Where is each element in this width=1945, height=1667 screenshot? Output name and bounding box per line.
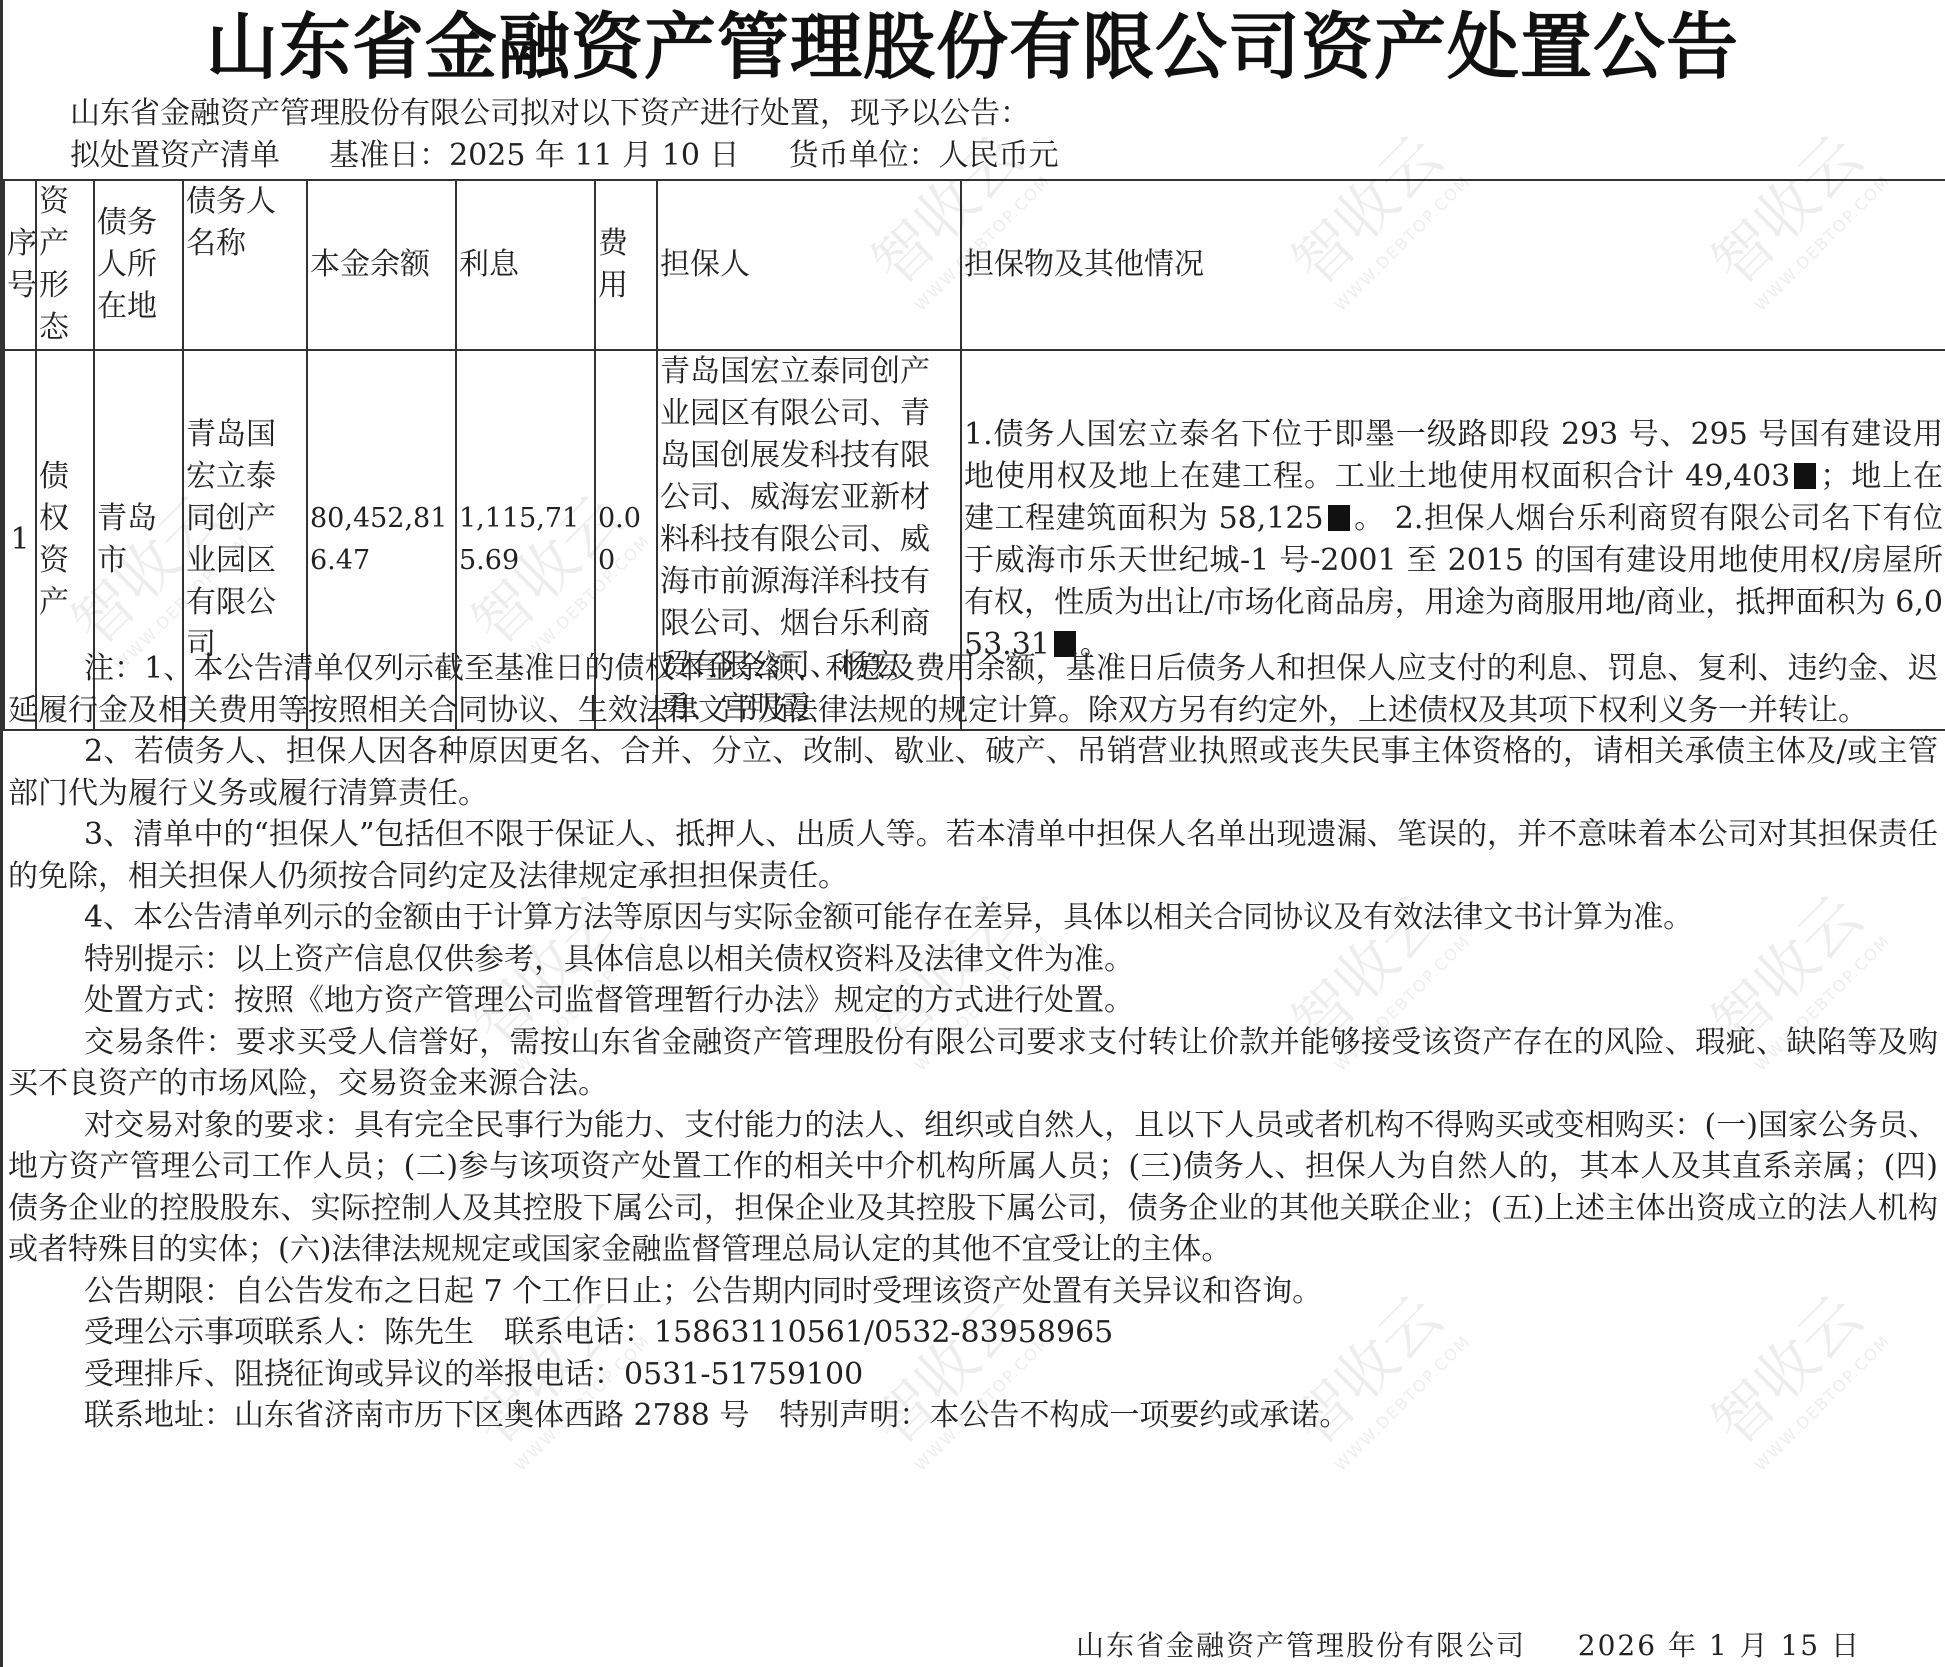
footer-date: 2026 年 1 月 15 日: [1578, 1629, 1861, 1662]
notice-period: 公告期限：自公告发布之日起 7 个工作日止；公告期内同时受理该资产处置有关异议和…: [8, 1271, 1938, 1313]
redacted-unit-icon: [1794, 463, 1816, 489]
note-2: 2、若债务人、担保人因各种原因更名、合并、分立、改制、歇业、破产、吊销营业执照或…: [8, 731, 1938, 814]
header-fees: 费用: [595, 180, 657, 350]
header-debtor: 债务人名称: [183, 180, 307, 350]
buyer-requirements: 对交易对象的要求：具有完全民事行为能力、支付能力的法人、组织或自然人，且以下人员…: [8, 1105, 1938, 1271]
report-phone: 受理排斥、阻挠征询或异议的举报电话：0531-51759100: [8, 1354, 1938, 1396]
base-date: 基准日：2025 年 11 月 10 日: [329, 138, 739, 173]
list-line: 拟处置资产清单 基准日：2025 年 11 月 10 日 货币单位：人民币元: [70, 136, 1059, 176]
trade-conditions: 交易条件：要求买受人信誉好，需按山东省金融资产管理股份有限公司要求支付转让价款并…: [8, 1022, 1938, 1105]
header-interest: 利息: [456, 180, 595, 350]
list-label: 拟处置资产清单: [70, 138, 280, 173]
table-header-row: 序号 资产形态 债务人所在地 债务人名称 本金余额 利息 费用 担保人 担保物及…: [4, 180, 1945, 350]
header-location: 债务人所在地: [94, 180, 183, 350]
note-3: 3、清单中的“担保人”包括但不限于保证人、抵押人、出质人等。若本清单中担保人名单…: [8, 814, 1938, 897]
header-principal: 本金余额: [307, 180, 456, 350]
notes-section: 注：1、本公告清单仅列示截至基准日的债权本金余额、利息及费用余额，基准日后债务人…: [8, 648, 1938, 1437]
footer-signature: 山东省金融资产管理股份有限公司 2026 年 1 月 15 日: [1076, 1628, 1861, 1664]
redacted-unit-icon: [1328, 505, 1350, 531]
header-collateral: 担保物及其他情况: [961, 180, 1945, 350]
footer-issuer: 山东省金融资产管理股份有限公司: [1076, 1629, 1526, 1662]
page-title: 山东省金融资产管理股份有限公司资产处置公告: [0, 2, 1945, 92]
contact-person: 受理公示事项联系人：陈先生 联系电话：15863110561/0532-8395…: [8, 1312, 1938, 1354]
header-guarantors: 担保人: [657, 180, 961, 350]
note-4: 4、本公告清单列示的金额由于计算方法等原因与实际金额可能存在差异，具体以相关合同…: [8, 897, 1938, 939]
header-index: 序号: [4, 180, 36, 350]
currency-unit: 货币单位：人民币元: [789, 138, 1059, 173]
contact-address: 联系地址：山东省济南市历下区奥体西路 2788 号 特别声明：本公告不构成一项要…: [8, 1395, 1938, 1437]
special-notice: 特别提示：以上资产信息仅供参考，具体信息以相关债权资料及法律文件为准。: [8, 939, 1938, 981]
header-asset-type: 资产形态: [36, 180, 94, 350]
intro-text: 山东省金融资产管理股份有限公司拟对以下资产进行处置，现予以公告：: [70, 94, 1030, 134]
disposal-method: 处置方式：按照《地方资产管理公司监督管理暂行办法》规定的方式进行处置。: [8, 980, 1938, 1022]
note-1: 注：1、本公告清单仅列示截至基准日的债权本金余额、利息及费用余额，基准日后债务人…: [8, 648, 1938, 731]
